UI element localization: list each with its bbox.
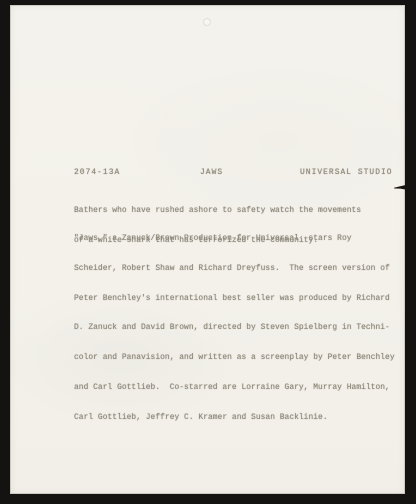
credits-line: Peter Benchley's international best sell… — [74, 294, 395, 304]
caption-header: 2074-13A JAWS UNIVERSAL STUDIO — [74, 168, 404, 180]
film-title: JAWS — [200, 168, 223, 178]
photo-code: 2074-13A — [74, 168, 120, 178]
pinhole-mark — [203, 18, 211, 26]
credits-line: color and Panavision, and written as a s… — [74, 353, 395, 363]
studio-name: UNIVERSAL STUDIO — [300, 168, 393, 178]
credits-line: D. Zanuck and David Brown, directed by S… — [74, 323, 395, 333]
credits-line: "Jaws," a Zanuck/Brown Production for Un… — [74, 234, 395, 244]
production-credits: "Jaws," a Zanuck/Brown Production for Un… — [74, 214, 395, 443]
credits-line: and Carl Gottlieb. Co-starred are Lorrai… — [74, 383, 395, 393]
caption-card-paper: 2074-13A JAWS UNIVERSAL STUDIO Bathers w… — [10, 5, 405, 494]
scanned-press-photo-card: 2074-13A JAWS UNIVERSAL STUDIO Bathers w… — [0, 0, 416, 504]
credits-line: Carl Gottlieb, Jeffrey C. Kramer and Sus… — [74, 413, 395, 423]
credits-line: Scheider, Robert Shaw and Richard Dreyfu… — [74, 264, 395, 274]
